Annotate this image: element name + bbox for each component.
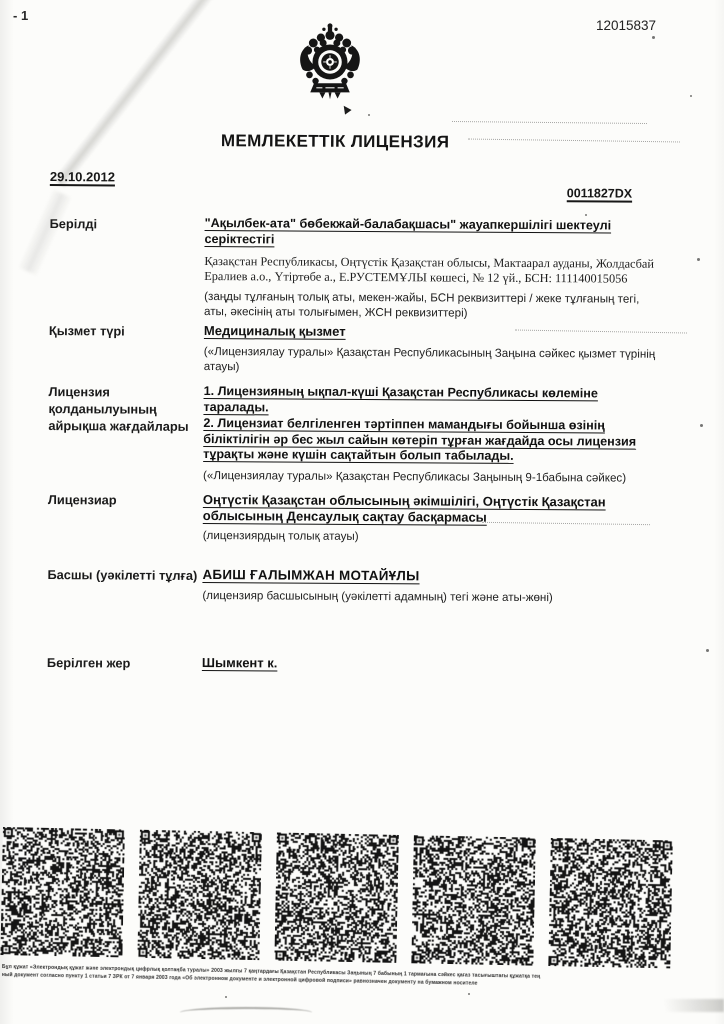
field-label: Басшы (уәкілетті тұлға) bbox=[47, 566, 202, 602]
issue-place-value: Шымкент к. bbox=[202, 655, 660, 673]
scan-smudge bbox=[638, 999, 724, 1012]
licensor-value: Оңтүстік Қазақстан облысының әкімшілігі,… bbox=[203, 492, 661, 526]
field-note: (лицензиярдың толық атауы) bbox=[203, 528, 661, 546]
field-label: Лицензиар bbox=[48, 491, 203, 543]
field-note: (заңды тұлғаның толық аты, мекен-жайы, Б… bbox=[204, 289, 662, 322]
condition-item-2: 2. Лицензиат белгіленген тәртіппен маман… bbox=[203, 416, 661, 465]
field-label: Берілген жер bbox=[47, 654, 202, 672]
legal-footer: Бұл құжат «Электрондық құжат және электр… bbox=[2, 964, 714, 992]
head-official-name: АБИШ ҒАЛЫМЖАН МОТАЙҰЛЫ bbox=[202, 567, 660, 585]
signature-barcode bbox=[548, 838, 673, 968]
scan-smudge bbox=[180, 1007, 312, 1018]
scanned-license-document: - 1 12015837 bbox=[0, 0, 724, 1024]
signature-barcode bbox=[137, 830, 262, 960]
field-issue-place: Берілген жер Шымкент к. bbox=[47, 654, 677, 675]
field-note: («Лицензиялау туралы» Қазақстан Республи… bbox=[204, 344, 662, 377]
field-activity-type: Қызмет түрі Медициналық қызмет («Лицензи… bbox=[49, 322, 679, 376]
field-note: («Лицензиялау туралы» Қазақстан Республи… bbox=[203, 468, 661, 486]
signature-barcode-strip bbox=[0, 827, 702, 969]
field-special-conditions: Лицензия қолданылуының айрықша жағдайлар… bbox=[48, 383, 679, 485]
issue-date: 29.10.2012 bbox=[50, 169, 115, 184]
licensee-name: "Ақылбек-ата" бөбекжай-балабақшасы" жауа… bbox=[204, 216, 662, 250]
field-label: Қызмет түрі bbox=[49, 322, 204, 373]
activity-type-value: Медициналық қызмет bbox=[204, 323, 662, 341]
field-note: (лицензияр басшысының (уәкілетті адамның… bbox=[202, 587, 660, 605]
field-label: Берілді bbox=[49, 215, 205, 319]
scan-speck bbox=[225, 996, 227, 998]
field-licensor: Лицензиар Оңтүстік Қазақстан облысының ә… bbox=[48, 491, 678, 546]
scan-speck bbox=[468, 993, 470, 995]
document-body: МЕМЛЕКЕТТІК ЛИЦЕНЗИЯ 29.10.2012 0011827D… bbox=[0, 0, 724, 824]
signature-barcode bbox=[0, 827, 125, 957]
field-issued-to: Берілді "Ақылбек-ата" бөбекжай-балабақша… bbox=[49, 215, 680, 322]
licensee-address: Қазақстан Республикасы, Оңтүстік Қазақст… bbox=[204, 254, 662, 287]
field-head-official: Басшы (уәкілетті тұлға) АБИШ ҒАЛЫМЖАН МО… bbox=[47, 566, 677, 605]
condition-item-1: 1. Лицензияның ықпал-күші Қазақстан Респ… bbox=[203, 384, 661, 418]
document-title: МЕМЛЕКЕТТІК ЛИЦЕНЗИЯ bbox=[85, 130, 585, 153]
license-number: 0011827DX bbox=[567, 186, 632, 200]
signature-barcode bbox=[411, 835, 536, 965]
field-label: Лицензия қолданылуының айрықша жағдайлар… bbox=[48, 383, 204, 482]
signature-barcode bbox=[274, 832, 399, 962]
